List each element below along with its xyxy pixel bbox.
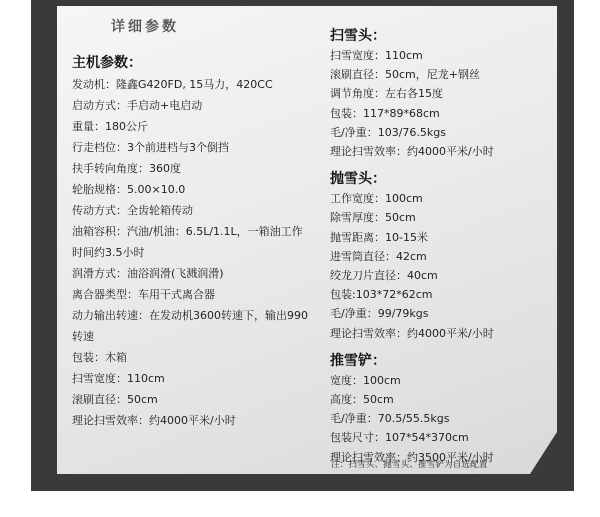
spec-row: 理论扫雪效率：约4000平米/小时 xyxy=(72,410,312,431)
spec-row: 理论扫雪效率：约4000平米/小时 xyxy=(330,142,545,161)
spec-row: 毛/净重：70.5/55.5kgs xyxy=(330,409,545,428)
spec-row: 抛雪距离：10-15米 xyxy=(330,228,545,247)
spec-row: 毛/净重：99/79kgs xyxy=(330,304,545,323)
spec-row: 包装：117*89*68cm xyxy=(330,104,545,123)
spec-row: 调节角度：左右各15度 xyxy=(330,84,545,103)
thrower-head-heading: 抛雪头： xyxy=(330,169,545,189)
plow-blade-section: 推雪铲： 宽度：100cm 高度：50cm 毛/净重：70.5/55.5kgs … xyxy=(330,351,545,467)
page-title: 详细参数 xyxy=(111,16,179,36)
spec-row: 扫雪宽度：110cm xyxy=(330,46,545,65)
spec-row: 轮胎规格：5.00×10.0 xyxy=(72,179,312,200)
spec-row: 宽度：100cm xyxy=(330,371,545,390)
spec-row: 扫雪宽度：110cm xyxy=(72,368,312,389)
spec-row: 除雪厚度：50cm xyxy=(330,208,545,227)
spec-row: 理论扫雪效率：约4000平米/小时 xyxy=(330,324,545,343)
spec-row: 包装尺寸：107*54*370cm xyxy=(330,428,545,447)
spec-row: 绞龙刀片直径：40cm xyxy=(330,266,545,285)
sweeper-head-section: 扫雪头： 扫雪宽度：110cm 滚刷直径：50cm，尼龙+钢丝 调节角度：左右各… xyxy=(330,26,545,161)
spec-row: 包装：木箱 xyxy=(72,347,312,368)
spec-row: 油箱容积：汽油/机油：6.5L/1.1L，一箱油工作时间约3.5小时 xyxy=(72,221,312,263)
sweeper-head-heading: 扫雪头： xyxy=(330,26,545,46)
spec-row: 离合器类型：车用干式离合器 xyxy=(72,284,312,305)
plow-blade-heading: 推雪铲： xyxy=(330,351,545,371)
spec-row: 发动机：隆鑫G420FD, 15马力，420CC xyxy=(72,74,312,95)
spec-row: 滚刷直径：50cm，尼龙+钢丝 xyxy=(330,65,545,84)
spec-row: 启动方式：手启动+电启动 xyxy=(72,95,312,116)
spec-row: 重量：180公斤 xyxy=(72,116,312,137)
spec-row: 传动方式：全齿轮箱传动 xyxy=(72,200,312,221)
thrower-head-section: 抛雪头： 工作宽度：100cm 除雪厚度：50cm 抛雪距离：10-15米 进雪… xyxy=(330,169,545,343)
spec-row: 高度：50cm xyxy=(330,390,545,409)
spec-row: 滚刷直径：50cm xyxy=(72,389,312,410)
spec-row: 包装:103*72*62cm xyxy=(330,285,545,304)
optional-config-note: 注：扫雪头、抛雪头、推雪铲为自选配置 xyxy=(331,458,488,470)
spec-row: 动力输出转速：在发动机3600转速下，输出990转速 xyxy=(72,305,312,347)
main-unit-heading: 主机参数： xyxy=(72,52,312,74)
spec-row: 行走档位：3个前进档与3个倒挡 xyxy=(72,137,312,158)
spec-row: 毛/净重：103/76.5kgs xyxy=(330,123,545,142)
spec-row: 工作宽度：100cm xyxy=(330,189,545,208)
spec-row: 扶手转向角度：360度 xyxy=(72,158,312,179)
attachment-specs: 扫雪头： 扫雪宽度：110cm 滚刷直径：50cm，尼龙+钢丝 调节角度：左右各… xyxy=(330,26,545,475)
spec-row: 润滑方式：油浴润滑(飞溅润滑) xyxy=(72,263,312,284)
main-unit-specs: 主机参数： 发动机：隆鑫G420FD, 15马力，420CC 启动方式：手启动+… xyxy=(72,52,312,431)
spec-row: 进雪筒直径：42cm xyxy=(330,247,545,266)
